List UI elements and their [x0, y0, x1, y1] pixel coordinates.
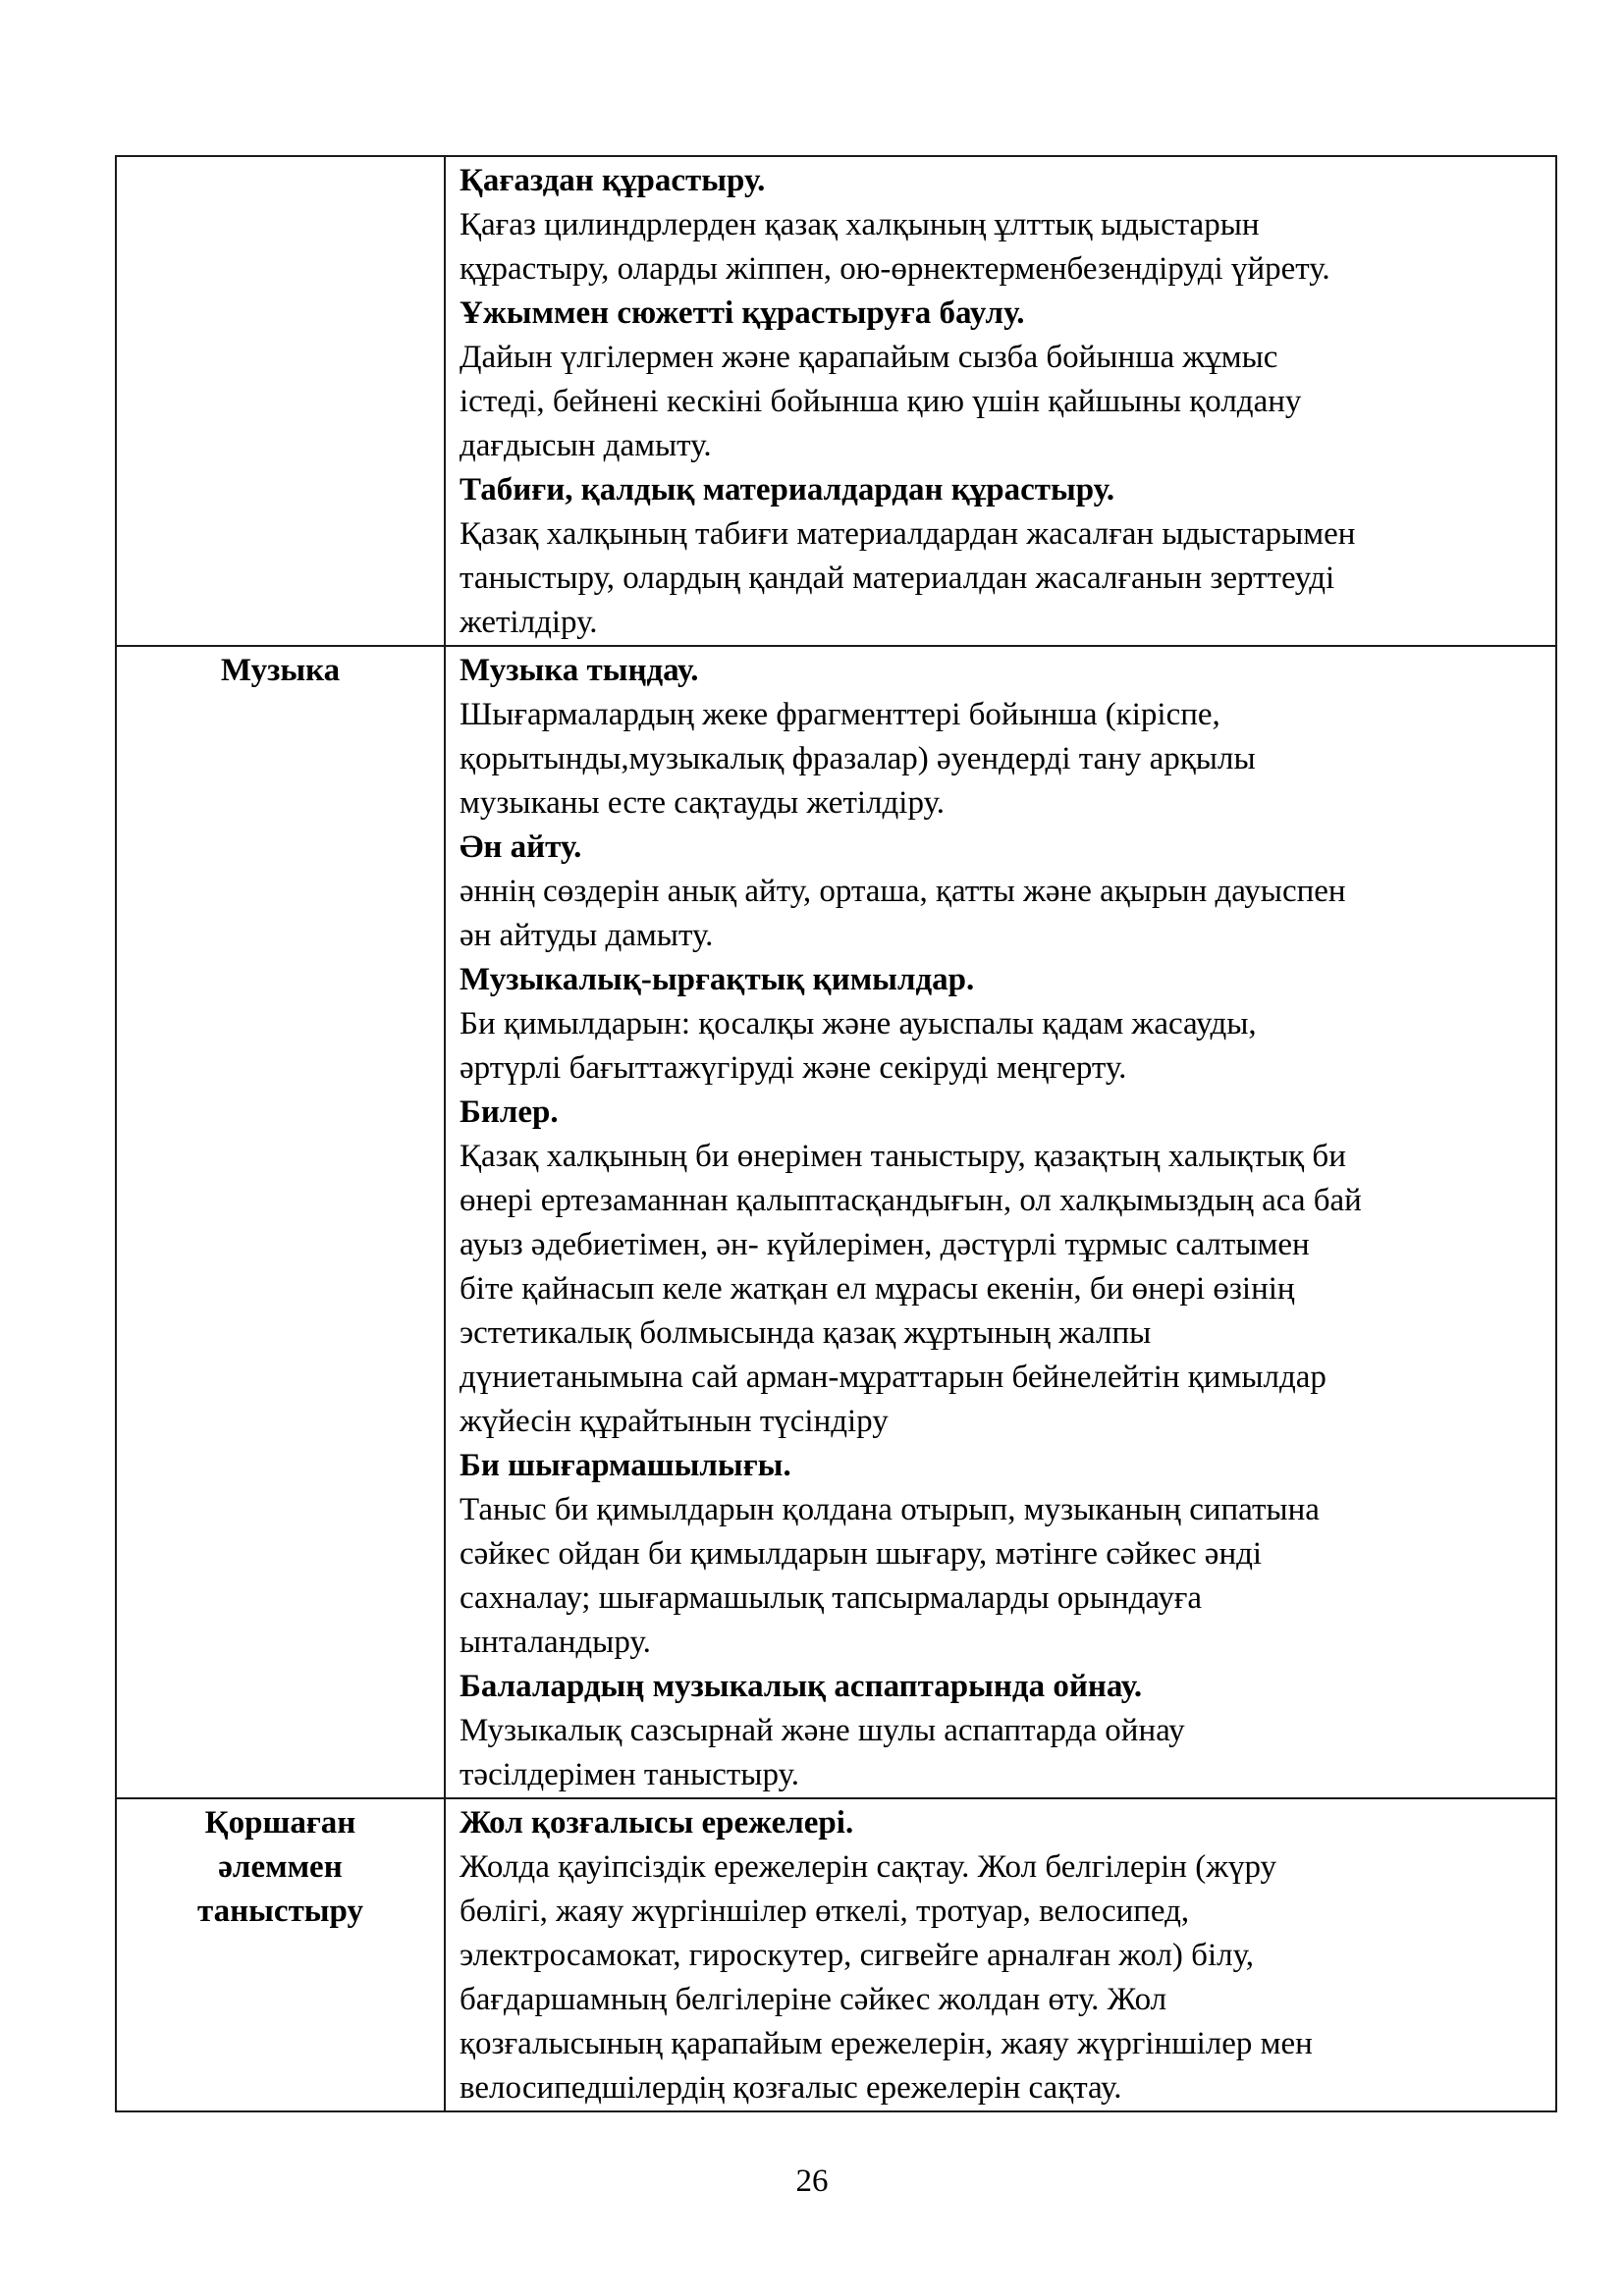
section-text-line: бағдаршамның белгілеріне сәйкес жолдан ө…	[460, 1978, 1545, 2022]
section-text-line: Музыкалық сазсырнай және шулы аспаптарда…	[460, 1709, 1545, 1753]
section-text-line: Қазақ халқының би өнерімен таныстыру, қа…	[460, 1135, 1545, 1179]
section-title: Би шығармашылығы.	[460, 1444, 1545, 1488]
section-text-line: ынталандыру.	[460, 1621, 1545, 1665]
section-text-line: істеді, бейнені кескіні бойынша қию үшін…	[460, 380, 1545, 424]
section-text-line: ауыз әдебиетімен, ән- күйлерімен, дәстүр…	[460, 1223, 1545, 1267]
section-text-line: дүниетанымына сай арман-мұраттарын бейне…	[460, 1356, 1545, 1400]
section-text-line: Таныс би қимылдарын қолдана отырып, музы…	[460, 1488, 1545, 1532]
subject-label: таныстыру	[123, 1890, 438, 1934]
subject-cell: Қоршағанәлемментаныстыру	[116, 1798, 445, 2111]
section-title: Қағаздан құрастыру.	[460, 159, 1545, 203]
subject-cell: Музыка	[116, 646, 445, 1798]
section-title: Билер.	[460, 1091, 1545, 1135]
section-title: Ән айту.	[460, 826, 1545, 870]
section-text-line: ән айтуды дамыту.	[460, 914, 1545, 958]
content-cell: Қағаздан құрастыру.Қағаз цилиндрлерден қ…	[445, 156, 1556, 646]
section-text-line: тәсілдерімен таныстыру.	[460, 1753, 1545, 1797]
section-title: Балалардың музыкалық аспаптарында ойнау.	[460, 1665, 1545, 1709]
section-title: Ұжыммен сюжетті құрастыруға баулу.	[460, 292, 1545, 336]
section-text-line: қозғалысының қарапайым ережелерін, жаяу …	[460, 2022, 1545, 2066]
section-text-line: велосипедшілердің қозғалыс ережелерін са…	[460, 2066, 1545, 2110]
section-text-line: сахналау; шығармашылық тапсырмаларды оры…	[460, 1576, 1545, 1621]
content-cell: Музыка тыңдау.Шығармалардың жеке фрагмен…	[445, 646, 1556, 1798]
curriculum-table: Қағаздан құрастыру.Қағаз цилиндрлерден қ…	[115, 155, 1557, 2112]
table-row: МузыкаМузыка тыңдау.Шығармалардың жеке ф…	[116, 646, 1556, 1798]
subject-cell	[116, 156, 445, 646]
section-text-line: Қағаз цилиндрлерден қазақ халқының ұлтты…	[460, 203, 1545, 247]
section-text-line: музыканы есте сақтауды жетілдіру.	[460, 781, 1545, 826]
section-text-line: қорытынды,музыкалық фразалар) әуендерді …	[460, 737, 1545, 781]
section-text-line: Би қимылдарын: қосалқы және ауыспалы қад…	[460, 1002, 1545, 1046]
table-row: ҚоршағанәлемментаныстыруЖол қозғалысы ер…	[116, 1798, 1556, 2111]
section-text-line: таныстыру, олардың қандай материалдан жа…	[460, 557, 1545, 601]
section-text-line: Шығармалардың жеке фрагменттері бойынша …	[460, 693, 1545, 737]
section-text-line: электросамокат, гироскутер, сигвейге арн…	[460, 1934, 1545, 1978]
content-cell: Жол қозғалысы ережелері.Жолда қауіпсізді…	[445, 1798, 1556, 2111]
section-text-line: құрастыру, оларды жіппен, ою-өрнектермен…	[460, 247, 1545, 292]
section-title: Жол қозғалысы ережелері.	[460, 1801, 1545, 1845]
section-text-line: сәйкес ойдан би қимылдарын шығару, мәтін…	[460, 1532, 1545, 1576]
section-text-line: дағдысын дамыту.	[460, 424, 1545, 468]
subject-label: Музыка	[123, 649, 438, 693]
section-text-line: әннің сөздерін анық айту, орташа, қатты …	[460, 870, 1545, 914]
table-row: Қағаздан құрастыру.Қағаз цилиндрлерден қ…	[116, 156, 1556, 646]
section-text-line: эстетикалық болмысында қазақ жұртының жа…	[460, 1311, 1545, 1356]
subject-label: әлеммен	[123, 1845, 438, 1890]
section-title: Музыкалық-ырғақтық қимылдар.	[460, 958, 1545, 1002]
section-text-line: өнері ертезаманнан қалыптасқандығын, ол …	[460, 1179, 1545, 1223]
section-text-line: бөлігі, жаяу жүргіншілер өткелі, тротуар…	[460, 1890, 1545, 1934]
section-text-line: Жолда қауіпсіздік ережелерін сақтау. Жол…	[460, 1845, 1545, 1890]
page-number: 26	[0, 2160, 1624, 2204]
subject-label: Қоршаған	[123, 1801, 438, 1845]
section-text-line: жетілдіру.	[460, 601, 1545, 645]
section-text-line: әртүрлі бағыттажүгіруді және секіруді ме…	[460, 1046, 1545, 1091]
section-title: Музыка тыңдау.	[460, 649, 1545, 693]
section-text-line: жүйесін құрайтынын түсіндіру	[460, 1400, 1545, 1444]
section-text-line: Дайын үлгілермен және қарапайым сызба бо…	[460, 336, 1545, 380]
section-title: Табиғи, қалдық материалдардан құрастыру.	[460, 468, 1545, 512]
section-text-line: біте қайнасып келе жатқан ел мұрасы екен…	[460, 1267, 1545, 1311]
section-text-line: Қазақ халқының табиғи материалдардан жас…	[460, 512, 1545, 557]
